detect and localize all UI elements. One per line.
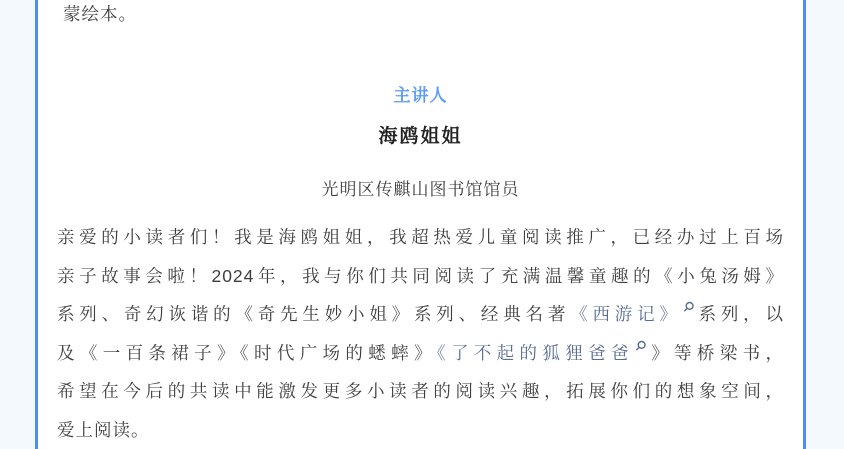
speaker-section-label: 主讲人 <box>57 84 784 108</box>
paragraph-text: 希望在今后的共读中能激发更多小读者的阅读兴趣，拓展你们的想象空间， <box>57 381 784 401</box>
paragraph-line: 希望在今后的共读中能激发更多小读者的阅读兴趣，拓展你们的想象空间， <box>57 372 784 411</box>
search-icon[interactable] <box>635 340 647 352</box>
paragraph-line: 系列、奇幻诙谐的《奇先生妙小姐》系列、经典名著《西游记》系列，以 <box>57 295 784 334</box>
left-margin-strip <box>0 0 38 449</box>
paragraph-text: 亲子故事会啦！2024年，我与你们共同阅读了充满温馨童趣的《小兔汤姆》 <box>57 266 784 286</box>
paragraph-text: 亲爱的小读者们！我是海鸥姐姐，我超热爱儿童阅读推广，已经办过上百场 <box>57 227 784 247</box>
speaker-title: 光明区传麒山图书馆馆员 <box>57 178 784 202</box>
speaker-name: 海鸥姐姐 <box>57 124 784 150</box>
paragraph-text: 及《一百条裙子》《时代广场的蟋蟀》 <box>57 343 437 363</box>
book-reference-link[interactable]: 《西游记》 <box>570 304 695 324</box>
paragraph-line: 亲子故事会啦！2024年，我与你们共同阅读了充满温馨童趣的《小兔汤姆》 <box>57 257 784 296</box>
previous-paragraph-tail: 蒙绘本。 <box>57 0 784 28</box>
paragraph-text: 系列，以 <box>695 304 784 324</box>
article-content: 蒙绘本。 主讲人 海鸥姐姐 光明区传麒山图书馆馆员 亲爱的小读者们！我是海鸥姐姐… <box>38 0 803 449</box>
paragraph-line: 爱上阅读。 <box>57 411 784 449</box>
intro-paragraph: 亲爱的小读者们！我是海鸥姐姐，我超热爱儿童阅读推广，已经办过上百场亲子故事会啦！… <box>57 218 784 449</box>
search-icon[interactable] <box>683 301 695 313</box>
book-reference-link[interactable]: 《了不起的狐狸爸爸 <box>437 343 647 363</box>
right-margin-strip <box>803 0 844 449</box>
paragraph-line: 亲爱的小读者们！我是海鸥姐姐，我超热爱儿童阅读推广，已经办过上百场 <box>57 218 784 257</box>
paragraph-text: 》等桥梁书， <box>647 343 784 363</box>
paragraph-line: 及《一百条裙子》《时代广场的蟋蟀》《了不起的狐狸爸爸》等桥梁书， <box>57 334 784 373</box>
paragraph-text: 系列、奇幻诙谐的《奇先生妙小姐》系列、经典名著 <box>57 304 570 324</box>
paragraph-text: 爱上阅读。 <box>57 420 150 440</box>
article-page: 蒙绘本。 主讲人 海鸥姐姐 光明区传麒山图书馆馆员 亲爱的小读者们！我是海鸥姐姐… <box>0 0 844 449</box>
